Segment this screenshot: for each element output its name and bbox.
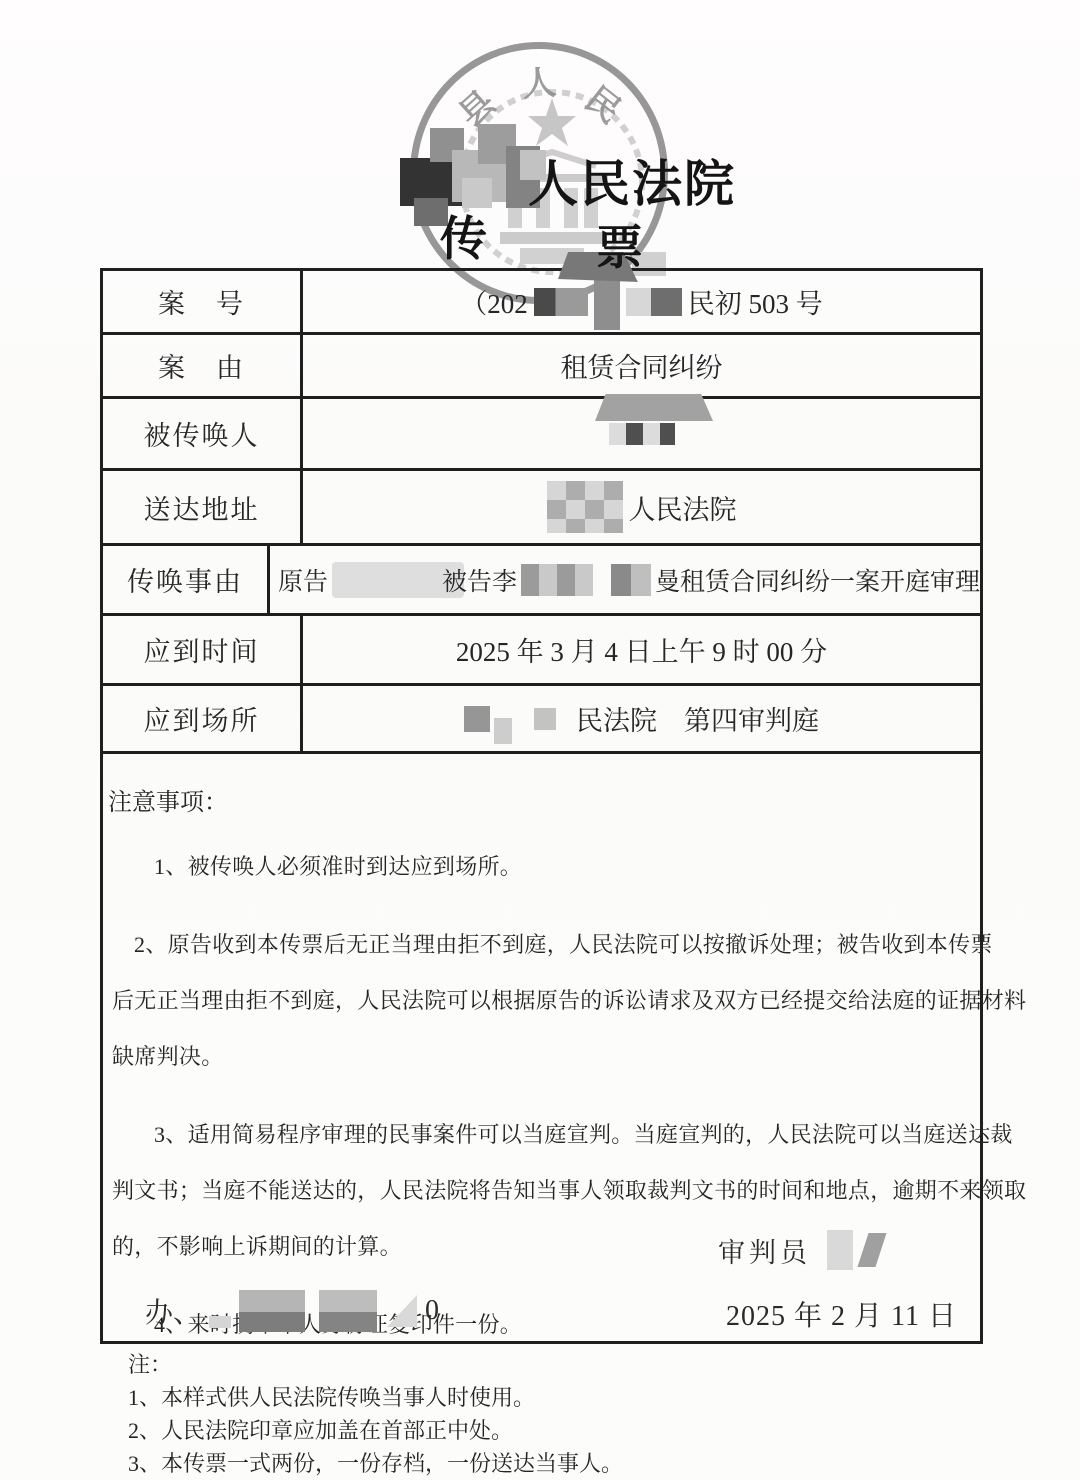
- notice-item-1: 1、被传唤人必须准时到达应到场所。: [108, 839, 974, 895]
- appearance-place-value: 民法院 第四审判庭: [303, 686, 980, 751]
- case-number-label: 案 号: [103, 271, 303, 332]
- case-number-prefix: （202: [460, 282, 528, 321]
- redaction-mosaic: [239, 1290, 305, 1332]
- table-row-case-number: 案 号 （202 民初 503 号: [103, 271, 980, 335]
- footer-notes: 注： 1、本样式供人民法院传唤当事人时使用。 2、人民法院印章应加盖在首部正中处…: [128, 1348, 623, 1480]
- notice-heading: 注意事项：: [108, 754, 974, 817]
- footer-item: 3、本传票一式两份，一份存档，一份送达当事人。: [128, 1447, 623, 1480]
- redaction-mosaic: [609, 423, 675, 445]
- table-row-service-address: 送达地址 人民法院: [103, 471, 980, 546]
- redaction-mosaic: [534, 288, 588, 316]
- table-row-cause: 案 由 租赁合同纠纷: [103, 335, 980, 399]
- redaction-mosaic: [494, 718, 512, 744]
- service-address-value: 人民法院: [303, 471, 980, 543]
- notice-line: 3、适用简易程序审理的民事案件可以当庭宣判。当庭宣判的，人民法院可以当庭送达裁: [108, 1107, 974, 1163]
- redaction-mosaic: [827, 1230, 853, 1270]
- footer-item: 2、人民法院印章应加盖在首部正中处。: [128, 1414, 623, 1447]
- redaction-mosaic: [626, 288, 682, 316]
- redaction-trapezoid: [595, 394, 713, 421]
- doc-title-char-piao: 票: [596, 211, 643, 278]
- appearance-place-text: 民法院 第四审判庭: [576, 699, 819, 738]
- clerk-line: 办、 0: [145, 1290, 439, 1332]
- table-row-summoned-person: 被传唤人: [103, 399, 980, 471]
- case-number-value: （202 民初 503 号: [303, 271, 980, 332]
- redaction-mosaic: [594, 274, 620, 330]
- clerk-prefix: 办、: [145, 1291, 201, 1331]
- cause-value: 租赁合同纠纷: [303, 335, 980, 396]
- appearance-time-label: 应到时间: [103, 616, 303, 683]
- notice-line: 判文书；当庭不能送达的，人民法院将告知当事人领取裁判文书的时间和地点，逾期不来领…: [108, 1163, 974, 1219]
- appearance-time-value: 2025 年 3 月 4 日上午 9 时 00 分: [303, 616, 980, 683]
- redaction-mosaic: [387, 1295, 417, 1327]
- redaction-mosaic: [611, 564, 651, 596]
- notice-line: 2、原告收到本传票后无正当理由拒不到庭，人民法院可以按撤诉处理；被告收到本传票: [108, 917, 974, 973]
- summons-reason-value: 原告 被告李 曼租赁合同纠纷一案开庭审理: [270, 546, 980, 613]
- court-name-title: 人民法院: [528, 144, 736, 216]
- table-row-appearance-place: 应到场所 民法院 第四审判庭: [103, 686, 980, 754]
- reason-segment-tail: 曼租赁合同纠纷一案开庭审理: [655, 562, 980, 598]
- reason-segment-defendant: 被告李: [442, 562, 517, 598]
- footer-item: 1、本样式供人民法院传唤当事人时使用。: [128, 1381, 623, 1414]
- notice-item-2: 2、原告收到本传票后无正当理由拒不到庭，人民法院可以按撤诉处理；被告收到本传票 …: [108, 917, 974, 1085]
- court-summons-document: 县 人 民 人民法院 传 票 案 号 （202 民初 503 号 案 由 租赁合…: [0, 0, 1080, 1480]
- redaction-mosaic: [534, 708, 556, 730]
- appearance-place-label: 应到场所: [103, 686, 303, 751]
- notice-line: 1、被传唤人必须准时到达应到场所。: [108, 839, 974, 895]
- footer-heading: 注：: [128, 1348, 623, 1381]
- summons-reason-label: 传唤事由: [103, 546, 270, 613]
- service-address-text: 人民法院: [629, 488, 737, 527]
- summons-table: 案 号 （202 民初 503 号 案 由 租赁合同纠纷 被传唤人 送达地址: [100, 268, 983, 1344]
- cause-label: 案 由: [103, 335, 303, 396]
- seal-arc-character: 人: [520, 55, 557, 106]
- redaction-mosaic: [319, 1290, 377, 1332]
- reason-segment-plaintiff: 原告: [278, 562, 328, 598]
- case-number-suffix: 民初 503 号: [688, 282, 823, 321]
- summoned-person-label: 被传唤人: [103, 399, 303, 468]
- judge-signature-line: 审判员: [718, 1230, 881, 1270]
- notice-line: 后无正当理由拒不到庭，人民法院可以根据原告的诉讼请求及双方已经提交给法庭的证据材…: [108, 973, 974, 1029]
- clerk-suffix: 0: [425, 1295, 439, 1327]
- redaction-mosaic: [464, 706, 490, 732]
- notice-line: 缺席判决。: [108, 1029, 974, 1085]
- issue-date: 2025 年 2 月 11 日: [726, 1294, 957, 1334]
- service-address-label: 送达地址: [103, 471, 303, 543]
- doc-title-char-chuan: 传: [440, 202, 487, 269]
- redaction-mosaic: [521, 564, 593, 596]
- judge-label: 审判员: [718, 1231, 811, 1270]
- table-row-summons-reason: 传唤事由 原告 被告李 曼租赁合同纠纷一案开庭审理: [103, 546, 980, 616]
- table-row-appearance-time: 应到时间 2025 年 3 月 4 日上午 9 时 00 分: [103, 616, 980, 686]
- redaction-mosaic: [209, 1316, 231, 1328]
- redaction-mosaic: [547, 481, 623, 533]
